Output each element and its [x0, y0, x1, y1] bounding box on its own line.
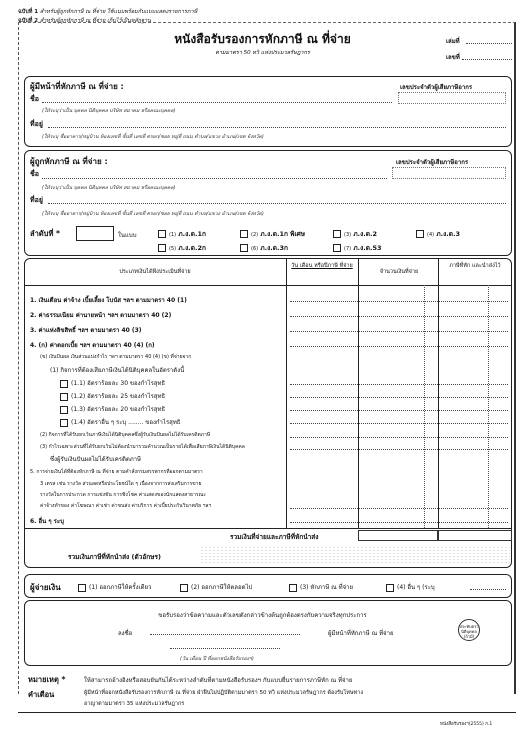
payment-option-4[interactable]: (4) อื่น ๆ (ระบุ	[386, 582, 435, 592]
payer-name-label: ชื่อ	[30, 94, 39, 105]
document-number-label: เลขที่	[446, 52, 460, 62]
row-entry-line[interactable]	[290, 437, 508, 438]
bottom-border	[18, 712, 516, 713]
satang-divider-1	[424, 285, 425, 528]
satang-divider-2	[488, 285, 489, 528]
total-label: รวมเงินที่จ่ายและภาษีที่หักนำส่ง	[230, 532, 318, 542]
row-entry-line[interactable]	[290, 508, 508, 509]
table-row: ซึ่งผู้รับเงินปันผลไม่ได้รับเครดิตภาษี	[50, 454, 141, 464]
form-option-3[interactable]: (3) ภ.ง.ด.2	[333, 229, 377, 239]
payee-name-field[interactable]	[42, 178, 387, 179]
form-option-6[interactable]: (6) ภ.ง.ด.3ก	[240, 243, 288, 253]
payee-name-hint: (ให้ระบุว่าเป็น บุคคล นิติบุคคล บริษัท ส…	[42, 184, 175, 192]
payer-address-hint: (ให้ระบุ ชื่ออาคาร/หมู่บ้าน ห้องเลขที่ ช…	[42, 133, 264, 141]
payer-heading: ผู้มีหน้าที่หักภาษี ณ ที่จ่าย :	[30, 80, 124, 93]
form-option-7-checkbox[interactable]	[333, 244, 341, 252]
form-option-1[interactable]: (1) ภ.ง.ด.1ก	[158, 229, 206, 239]
payer-address-field[interactable]	[48, 127, 506, 128]
payee-address-hint: (ให้ระบุ ชื่ออาคาร/หมู่บ้าน ห้องเลขที่ ช…	[42, 210, 264, 218]
payee-tax-id-label: เลขประจำตัวผู้เสียภาษีอากร	[396, 157, 468, 167]
row-entry-line[interactable]	[290, 384, 508, 385]
payee-address-label: ที่อยู่	[30, 195, 43, 206]
payer-name-field[interactable]	[42, 102, 392, 103]
payment-option-2[interactable]: (2) ออกภาษีให้ตลอดไป	[180, 582, 252, 592]
form-option-5[interactable]: (5) ภ.ง.ด.2ก	[158, 243, 206, 253]
table-row: 6. อื่น ๆ ระบุ	[30, 516, 64, 526]
table-row: (3) กำไรเฉพาะส่วนที่ได้รับยกเว้นไม่ต้องน…	[40, 443, 245, 451]
row-entry-line[interactable]	[290, 410, 508, 411]
company-stamp-circle: ประทับตรา นิติบุคคล (ถ้ามี)	[458, 619, 480, 641]
row-entry-line[interactable]	[290, 522, 508, 523]
total-divider	[24, 528, 512, 529]
form-option-5-checkbox[interactable]	[158, 244, 166, 252]
form-option-1-checkbox[interactable]	[158, 230, 166, 238]
payment-option-3[interactable]: (3) หักภาษี ณ ที่จ่าย	[289, 582, 353, 592]
table-row[interactable]: (1.2) อัตราร้อยละ 25 ของกำไรสุทธิ	[60, 391, 165, 401]
table-row: รางวัลในการประกวด การแข่งขัน การชิงโชค ค…	[40, 491, 206, 499]
payee-tax-id-field[interactable]	[392, 167, 506, 179]
payer-tax-id-field[interactable]	[398, 92, 506, 104]
payee-name-label: ชื่อ	[30, 169, 39, 180]
row-entry-line[interactable]	[290, 331, 508, 332]
form-option-6-checkbox[interactable]	[240, 244, 248, 252]
payer-address-label: ที่อยู่	[30, 119, 43, 130]
book-number-label: เล่มที่	[446, 36, 460, 46]
table-row[interactable]: (1.3) อัตราร้อยละ 20 ของกำไรสุทธิ	[60, 404, 165, 414]
row-checkbox[interactable]	[60, 393, 68, 401]
form-option-2[interactable]: (2) ภ.ง.ด.1ก พิเศษ	[240, 229, 305, 239]
warning-text-2: อาญาตามมาตรา 35 แห่งประมวลรัษฎากร	[84, 700, 184, 708]
in-form-label: ในแบบ	[118, 230, 137, 240]
remark-text: ให้สามารถอ้างอิงหรือสอบยันกันได้ระหว่างล…	[84, 675, 352, 685]
sequence-input[interactable]	[76, 226, 114, 241]
form-option-4-checkbox[interactable]	[416, 230, 424, 238]
table-row[interactable]: (1.1) อัตราร้อยละ 30 ของกำไรสุทธิ	[60, 378, 165, 388]
header-date: วัน เดือน หรือปีภาษี ที่จ่าย	[290, 262, 354, 270]
table-row: 1. เงินเดือน ค่าจ้าง เบี้ยเลี้ยง โบนัส ฯ…	[30, 295, 187, 305]
total-words-label: รวมเงินภาษีที่หักนำส่ง (ตัวอักษร)	[68, 552, 161, 562]
date-hint: (วัน เดือน ปี ที่ออกหนังสือรับรองฯ)	[180, 655, 254, 663]
copy-note-1: ฉบับที่ 1 สำหรับผู้ถูกหักภาษี ณ ที่จ่าย …	[18, 8, 197, 16]
signer-role: ผู้มีหน้าที่หักภาษี ณ ที่จ่าย	[328, 628, 393, 638]
payee-heading: ผู้ถูกหักภาษี ณ ที่จ่าย :	[30, 155, 108, 168]
warning-text-1: ผู้มีหน้าที่ออกหนังสือรับรองการหักภาษี ณ…	[84, 689, 363, 697]
table-row: 3. ค่าแห่งลิขสิทธิ์ ฯลฯ ตามมาตรา 40 (3)	[30, 325, 142, 335]
row-entry-line[interactable]	[290, 397, 508, 398]
payment-option-1-checkbox[interactable]	[78, 584, 86, 592]
row-entry-line[interactable]	[290, 301, 508, 302]
row-checkbox[interactable]	[60, 406, 68, 414]
payee-address-field[interactable]	[48, 203, 506, 204]
sequence-label: ลำดับที่ *	[30, 228, 60, 240]
table-row: 4. (ก) ค่าดอกเบี้ย ฯลฯ ตามมาตรา 40 (4) (…	[30, 340, 155, 350]
certify-statement: ขอรับรองว่าข้อความและตัวเลขดังกล่าวข้างต…	[0, 610, 525, 620]
document-number-field[interactable]	[462, 59, 512, 60]
form-option-3-checkbox[interactable]	[333, 230, 341, 238]
row-entry-line[interactable]	[290, 346, 508, 347]
col-divider-1	[286, 258, 287, 528]
payment-option-3-checkbox[interactable]	[289, 584, 297, 592]
signature-field[interactable]	[150, 634, 300, 635]
table-row: (1) กิจการที่ต้องเสียภาษีเงินได้นิติบุคค…	[50, 365, 184, 375]
warning-label: คำเตือน	[28, 689, 54, 701]
total-words-field[interactable]	[200, 546, 510, 564]
date-field[interactable]	[170, 648, 280, 649]
table-row: (2) กิจการที่ได้รับยกเว้นภาษีเงินได้นิติ…	[40, 431, 210, 439]
payment-option-1[interactable]: (1) ออกภาษีให้ครั้งเดียว	[78, 582, 151, 592]
sign-label: ลงชื่อ	[118, 628, 132, 638]
table-row[interactable]: (1.4) อัตราอื่น ๆ ระบุ ........ ของกำไรส…	[60, 417, 180, 427]
col-divider-2	[358, 258, 359, 528]
form-option-2-checkbox[interactable]	[240, 230, 248, 238]
header-amount: จำนวนเงินที่จ่าย	[360, 268, 438, 276]
form-option-7[interactable]: (7) ภ.ง.ด.53	[333, 243, 382, 253]
row-entry-line[interactable]	[290, 423, 508, 424]
table-row: (ข) เงินปันผล เงินส่วนแบ่งกำไร ฯลฯ ตามมา…	[40, 353, 191, 361]
table-row: 5. การจ่ายเงินได้ที่ต้องหักภาษี ณ ที่จ่า…	[30, 468, 203, 476]
row-checkbox[interactable]	[60, 419, 68, 427]
payment-option-4-checkbox[interactable]	[386, 584, 394, 592]
col-divider-3	[438, 258, 439, 528]
total-tax-field[interactable]	[438, 530, 512, 541]
header-tax: ภาษีที่หัก และนำส่งไว้	[440, 262, 510, 270]
payment-option-2-checkbox[interactable]	[180, 584, 188, 592]
payer-tax-id-label: เลขประจำตัวผู้เสียภาษีอากร	[400, 82, 472, 92]
table-row: ค่าจ้างทำของ ค่าโฆษณา ค่าเช่า ค่าขนส่ง ค…	[40, 502, 211, 510]
payment-other-field[interactable]	[470, 589, 506, 590]
table-row: 3 เตรส เช่น รางวัล ส่วนลดหรือประโยชน์ใด …	[40, 480, 201, 488]
table-row: 2. ค่าธรรมเนียม ค่านายหน้า ฯลฯ ตามมาตรา …	[30, 310, 171, 320]
form-option-4[interactable]: (4) ภ.ง.ด.3	[416, 229, 460, 239]
row-checkbox[interactable]	[60, 380, 68, 388]
form-code: หนังสือรับรองฯ(2555) ก.1	[440, 720, 492, 727]
remark-label: หมายเหตุ *	[28, 674, 65, 686]
payment-label: ผู้จ่ายเงิน	[30, 581, 61, 594]
row-entry-line[interactable]	[290, 449, 508, 450]
total-amount-field[interactable]	[358, 530, 438, 541]
header-income-type: ประเภทเงินได้พึงประเมินที่จ่าย	[24, 268, 286, 276]
payer-name-hint: (ให้ระบุว่าเป็น บุคคล นิติบุคคล บริษัท ส…	[42, 107, 175, 115]
row-entry-line[interactable]	[290, 316, 508, 317]
book-number-field[interactable]	[466, 43, 512, 44]
